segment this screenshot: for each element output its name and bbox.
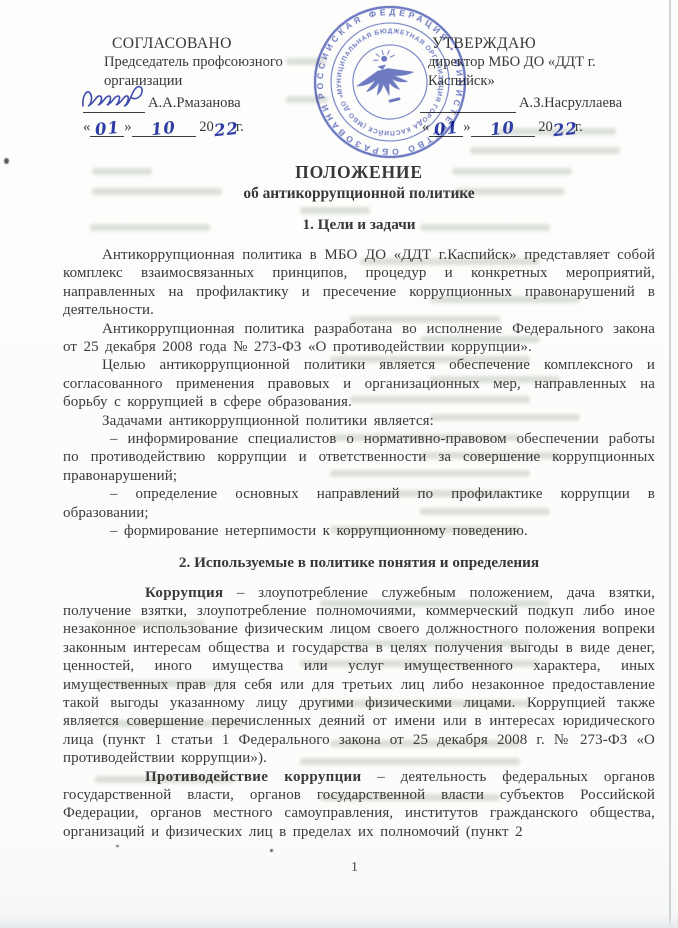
date-row-left: «01»10 2022г. [83,118,333,137]
handwritten-year: 22 [213,119,240,141]
handwritten-month: 10 [489,118,516,140]
scanned-document-page: СОГЛАСОВАНО Председатель профсоюзного ор… [0,0,678,928]
date-year-line: 22 [553,122,575,137]
paragraph: Антикоррупционная политика в МБО ДО «ДДТ… [63,246,655,320]
list-item: – информирование специалистов о норматив… [63,430,655,485]
scan-speck [270,849,273,852]
quote-open: « [83,119,90,135]
paragraph: Задачами антикоррупционной политики явля… [63,412,655,430]
scan-speck [4,158,9,164]
definition-term: Противодействие коррупции [145,769,361,785]
document-body: ПОЛОЖЕНИЕ об антикоррупционной политике … [63,162,655,841]
scan-speck [116,845,119,847]
date-year-line: 22 [214,122,236,137]
approval-left-role-line1: Председатель профсоюзного [104,53,333,72]
scan-bottom-shadow [0,915,678,928]
page-number: 1 [351,860,358,876]
section1-heading: 1. Цели и задачи [63,216,655,234]
handwritten-day: 01 [94,118,121,140]
stamp-outer-circle [299,0,481,173]
handwritten-signature [80,82,152,114]
paragraph: Целью антикоррупционной политики являетс… [63,356,655,411]
year-prefix: 20 [199,119,214,135]
list-item: – формирование нетерпимости к коррупцион… [63,522,655,540]
paragraph: Антикоррупционная политика разработана в… [63,320,655,357]
document-subtitle: об антикоррупционной политике [63,185,655,203]
approval-block-left: СОГЛАСОВАНО Председатель профсоюзного ор… [83,34,333,137]
official-round-stamp: РОССИЙСКАЯ ФЕДЕРАЦИЯ • МИНИСТЕРСТВО ОБРА… [293,0,487,179]
date-month-line: 10 [132,121,196,137]
quote-close: » [124,119,131,135]
handwritten-year: 22 [552,119,579,141]
signatory-name-right: А.З.Насруллаева [519,95,622,111]
signature-row-left: А.А.Рмазанова [83,94,333,115]
definition-term: Коррупция [145,585,223,601]
date-day-line: 01 [90,121,124,137]
definition-paragraph: Противодействие коррупции – деятельность… [63,768,655,842]
list-item: – определение основных направлений по пр… [63,485,655,522]
scan-page-edge [669,0,671,928]
definition-text: – злоупотребление служебным положением, … [63,585,655,767]
dagestan-eagle-emblem [349,44,420,110]
approval-right-label: УТВЕРЖДАЮ [432,34,668,53]
handwritten-month: 10 [150,118,177,140]
definition-paragraph: Коррупция – злоупотребление служебным по… [63,584,655,768]
bleed-through-line [470,147,620,154]
section2-heading: 2. Используемые в политике понятия и опр… [63,554,655,572]
year-prefix: 20 [538,119,553,135]
signatory-name-left: А.А.Рмазанова [148,95,241,111]
